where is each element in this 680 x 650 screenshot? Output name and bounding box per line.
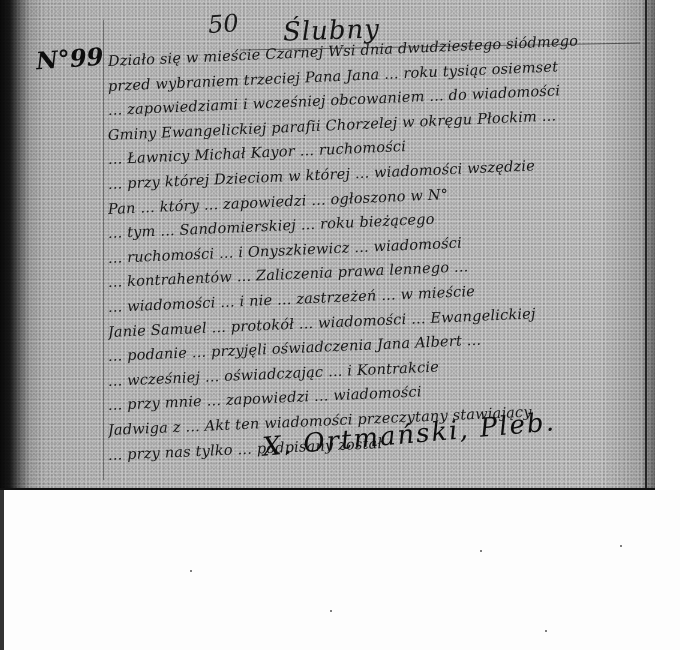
paper-speck — [545, 630, 547, 632]
entry-number: N°99 — [35, 42, 104, 76]
paper-speck — [330, 610, 332, 612]
page-number: 50 — [207, 9, 239, 39]
paper-speck — [480, 550, 482, 552]
blank-paper-area — [0, 490, 680, 650]
paper-speck — [620, 545, 622, 547]
handwritten-entry-body: Działo się w mieście Czarnej Wsi dnia dw… — [108, 50, 648, 468]
paper-speck — [190, 570, 192, 572]
margin-rule — [103, 20, 104, 480]
scanned-document-page: 50 Ślubny N°99 Działo się w mieście Czar… — [0, 0, 655, 490]
